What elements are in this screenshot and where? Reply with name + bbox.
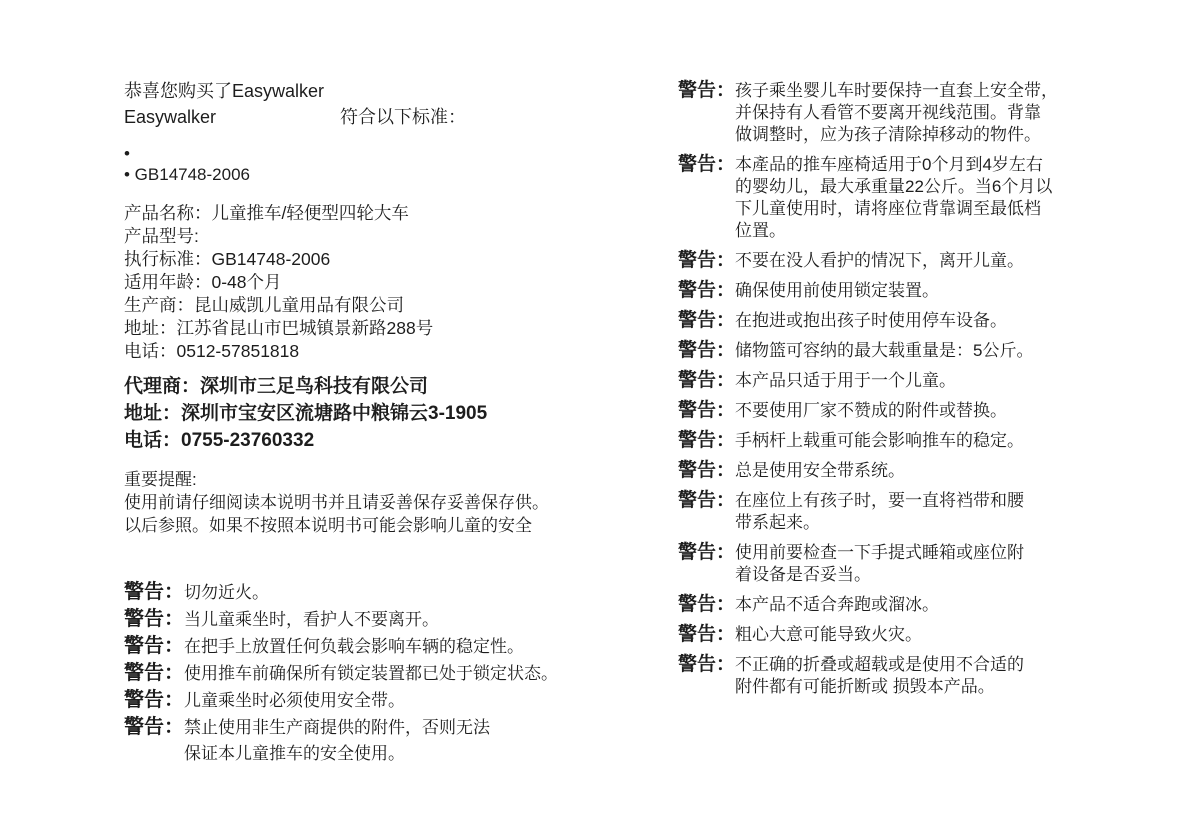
- product-model-line: 产品型号:: [124, 225, 614, 248]
- warning-label: 警告：: [678, 310, 735, 332]
- warning-text: 本产品不适合奔跑或溜冰。: [735, 594, 939, 616]
- standard-line: 执行标准：GB14748-2006: [124, 248, 614, 271]
- warning-item: 警告： 使用前要检查一下手提式睡箱或座位附 着设备是否妥当。: [678, 542, 1138, 586]
- warning-item: 警告： 儿童乘坐时必须使用安全带。: [124, 687, 614, 714]
- brand-name: Easywalker: [124, 104, 340, 130]
- warning-text: 在把手上放置任何负载会影响车辆的稳定性。: [184, 634, 524, 660]
- age-range-line: 适用年龄：0-48个月: [124, 271, 614, 294]
- warning-label: 警告：: [124, 606, 184, 633]
- warning-item: 警告： 确保使用前使用锁定装置。: [678, 280, 1138, 302]
- right-warning-list: 警告： 孩子乘坐婴儿车时要保持一直套上安全带， 并保持有人看管不要离开视线范围。…: [678, 80, 1138, 698]
- warning-item: 警告： 粗心大意可能导致火灾。: [678, 624, 1138, 646]
- left-column: 恭喜您购买了Easywalker Easywalker符合以下标准： • • G…: [124, 78, 614, 767]
- warning-item: 警告： 切勿近火。: [124, 579, 614, 606]
- warning-label: 警告：: [124, 687, 184, 714]
- warning-text: 不正确的折叠或超载或是使用不合适的 附件都有可能折断或 损毁本产品。: [735, 654, 1024, 698]
- warning-item: 警告： 本產品的推车座椅适用于0个月到4岁左右 的婴幼儿，最大承重量22公斤。当…: [678, 154, 1138, 242]
- product-name-line: 产品名称：儿童推车/轻便型四轮大车: [124, 202, 614, 225]
- warning-label: 警告：: [678, 654, 735, 676]
- warning-item: 警告： 不正确的折叠或超载或是使用不合适的 附件都有可能折断或 损毁本产品。: [678, 654, 1138, 698]
- warning-text: 手柄杆上载重可能会影响推车的稳定。: [735, 430, 1024, 452]
- warning-label: 警告：: [678, 460, 735, 482]
- warning-label: 警告：: [124, 660, 184, 687]
- left-warning-list: 警告： 切勿近火。 警告： 当儿童乘坐时，看护人不要离开。 警告： 在把手上放置…: [124, 579, 614, 767]
- warning-text: 在座位上有孩子时，要一直将裆带和腰 带系起来。: [735, 490, 1024, 534]
- warning-item: 警告： 不要使用厂家不赞成的附件或替换。: [678, 400, 1138, 422]
- product-info-section: 产品名称：儿童推车/轻便型四轮大车 产品型号: 执行标准：GB14748-200…: [124, 202, 614, 363]
- intro-line-1: 恭喜您购买了Easywalker: [124, 78, 614, 104]
- bullet-empty: •: [124, 143, 614, 164]
- warning-label: 警告：: [678, 80, 735, 102]
- warning-label: 警告：: [678, 250, 735, 272]
- agent-name-line: 代理商：深圳市三足鸟科技有限公司: [124, 373, 614, 400]
- warning-text: 使用前要检查一下手提式睡箱或座位附 着设备是否妥当。: [735, 542, 1024, 586]
- manual-page: 恭喜您购买了Easywalker Easywalker符合以下标准： • • G…: [0, 0, 1191, 839]
- warning-item: 警告： 本产品只适于用于一个儿童。: [678, 370, 1138, 392]
- warning-text: 切勿近火。: [184, 580, 269, 606]
- agent-address-line: 地址：深圳市宝安区流塘路中粮锦云3-1905: [124, 400, 614, 427]
- warning-item: 警告： 手柄杆上载重可能会影响推车的稳定。: [678, 430, 1138, 452]
- warning-text: 不要使用厂家不赞成的附件或替换。: [735, 400, 1007, 422]
- warning-text: 粗心大意可能导致火灾。: [735, 624, 922, 646]
- standards-intro: 符合以下标准：: [340, 107, 466, 127]
- warning-item: 警告： 本产品不适合奔跑或溜冰。: [678, 594, 1138, 616]
- warning-label: 警告：: [678, 400, 735, 422]
- intro-section: 恭喜您购买了Easywalker Easywalker符合以下标准： • • G…: [124, 78, 614, 185]
- warning-item: 警告： 在把手上放置任何负载会影响车辆的稳定性。: [124, 633, 614, 660]
- warning-item: 警告： 孩子乘坐婴儿车时要保持一直套上安全带， 并保持有人看管不要离开视线范围。…: [678, 80, 1138, 146]
- intro-line-2: Easywalker符合以下标准：: [124, 104, 614, 130]
- warning-text: 储物篮可容纳的最大载重量是：5公斤。: [735, 340, 1033, 362]
- warning-item: 警告： 在座位上有孩子时，要一直将裆带和腰 带系起来。: [678, 490, 1138, 534]
- manufacturer-address-line: 地址：江苏省昆山市巴城镇景新路288号: [124, 317, 614, 340]
- warning-label: 警告：: [124, 633, 184, 660]
- warning-text: 孩子乘坐婴儿车时要保持一直套上安全带， 并保持有人看管不要离开视线范围。背靠 做…: [735, 80, 1058, 146]
- warning-text: 本產品的推车座椅适用于0个月到4岁左右 的婴幼儿，最大承重量22公斤。当6个月以…: [735, 154, 1052, 242]
- notice-body: 使用前请仔细阅读本说明书并且请妥善保存妥善保存供。 以后参照。如果不按照本说明书…: [124, 491, 614, 537]
- warning-text: 当儿童乘坐时，看护人不要离开。: [184, 607, 439, 633]
- warning-text: 儿童乘坐时必须使用安全带。: [184, 688, 405, 714]
- warning-item: 警告： 当儿童乘坐时，看护人不要离开。: [124, 606, 614, 633]
- warning-item: 警告： 不要在没人看护的情况下，离开儿童。: [678, 250, 1138, 272]
- warning-item: 警告： 在抱进或抱出孩子时使用停车设备。: [678, 310, 1138, 332]
- warning-item: 警告： 使用推车前确保所有锁定装置都已处于锁定状态。: [124, 660, 614, 687]
- agent-phone-line: 电话：0755-23760332: [124, 427, 614, 454]
- warning-label: 警告：: [124, 714, 184, 741]
- manufacturer-phone-line: 电话：0512-57851818: [124, 340, 614, 363]
- warning-label: 警告：: [678, 430, 735, 452]
- warning-text: 使用推车前确保所有锁定装置都已处于锁定状态。: [184, 661, 558, 687]
- bullet-standard: • GB14748-2006: [124, 164, 614, 185]
- important-notice-section: 重要提醒: 使用前请仔细阅读本说明书并且请妥善保存妥善保存供。 以后参照。如果不…: [124, 468, 614, 537]
- warning-item: 警告： 总是使用安全带系统。: [678, 460, 1138, 482]
- warning-label: 警告：: [678, 490, 735, 512]
- notice-title: 重要提醒:: [124, 468, 614, 491]
- warning-text: 禁止使用非生产商提供的附件，否则无法 保证本儿童推车的安全使用。: [184, 715, 490, 767]
- agent-info-section: 代理商：深圳市三足鸟科技有限公司 地址：深圳市宝安区流塘路中粮锦云3-1905 …: [124, 373, 614, 454]
- warning-label: 警告：: [678, 370, 735, 392]
- warning-label: 警告：: [124, 579, 184, 606]
- warning-label: 警告：: [678, 624, 735, 646]
- warning-item: 警告： 储物篮可容纳的最大载重量是：5公斤。: [678, 340, 1138, 362]
- warning-label: 警告：: [678, 594, 735, 616]
- warning-label: 警告：: [678, 280, 735, 302]
- warning-text: 在抱进或抱出孩子时使用停车设备。: [735, 310, 1007, 332]
- warning-text: 确保使用前使用锁定装置。: [735, 280, 939, 302]
- warning-text: 不要在没人看护的情况下，离开儿童。: [735, 250, 1024, 272]
- warning-text: 本产品只适于用于一个儿童。: [735, 370, 956, 392]
- warning-label: 警告：: [678, 340, 735, 362]
- warning-label: 警告：: [678, 542, 735, 564]
- warning-label: 警告：: [678, 154, 735, 176]
- manufacturer-line: 生产商：昆山威凯儿童用品有限公司: [124, 294, 614, 317]
- right-column: 警告： 孩子乘坐婴儿车时要保持一直套上安全带， 并保持有人看管不要离开视线范围。…: [678, 80, 1138, 706]
- warning-text: 总是使用安全带系统。: [735, 460, 905, 482]
- warning-item: 警告： 禁止使用非生产商提供的附件，否则无法 保证本儿童推车的安全使用。: [124, 714, 614, 767]
